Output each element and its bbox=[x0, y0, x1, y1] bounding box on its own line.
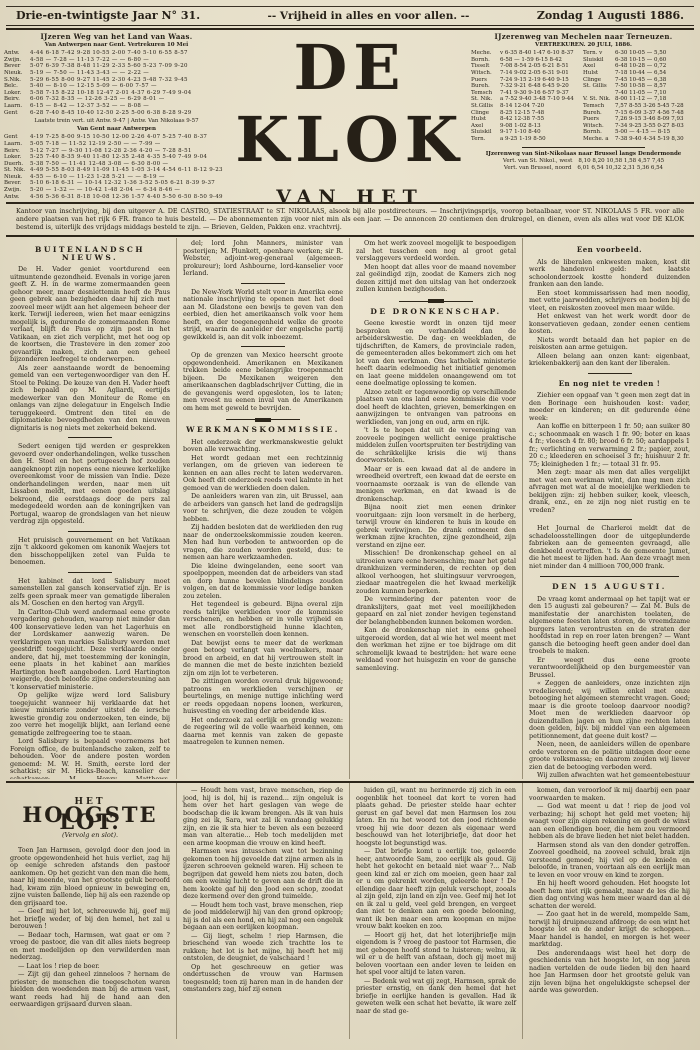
station-name: Beirv. bbox=[4, 148, 30, 155]
station-name: Bever bbox=[4, 63, 30, 70]
station-name: Antw. bbox=[4, 194, 30, 201]
station-name: Tern. v bbox=[583, 50, 613, 57]
departure-times: 7,57 8-55 3-26 5-45 7-28 bbox=[615, 103, 696, 110]
text-block: Toen Jan Harmsen, gevolgd door den jood … bbox=[10, 847, 170, 907]
station-name: Zwijn. bbox=[4, 57, 30, 64]
departure-times: 6,01 6,54 10,32 2,31 5,36 6,54 bbox=[577, 165, 663, 172]
text-block: Op gelijke wijze werd lord Salisbury toe… bbox=[10, 692, 170, 737]
station-name: Temsch bbox=[583, 103, 613, 110]
station-name: Laarn. bbox=[4, 103, 30, 110]
text-block: Het tegendeel is gebeurd. Bijna overal z… bbox=[183, 601, 343, 639]
text-block: De H. Vader geniet voortdurend een uitmu… bbox=[10, 266, 170, 364]
text-block: — Bedenk wel wat gij zegt, Harmsen, spra… bbox=[356, 978, 516, 1016]
departure-times: 4-49 5-55 8-03 8-49 11-09 11-45 1-05 3-1… bbox=[30, 167, 229, 174]
text-block: 't Is te hopen dat uit de vereeniging va… bbox=[356, 427, 516, 465]
timetable-row: Witsch. 7-14 9-02 2-05 6-31 9-01 Hulst 7… bbox=[471, 70, 696, 77]
departure-times: a 7-52 9-40 3-48 7-10 9-44 bbox=[500, 96, 581, 103]
text-block: — Gij liegt, schelm ! riep Harmsen, die … bbox=[183, 933, 343, 963]
text-block: Om het werk zooveel mogelijk te bespoedi… bbox=[356, 240, 516, 263]
text-block: — Zijt gij dan geheel zinneloos ? hernam… bbox=[10, 971, 170, 1009]
news-section: BUITENLANDSCH NIEUWS.De H. Vader geniet … bbox=[4, 238, 696, 779]
station-name: Beirv. bbox=[4, 96, 30, 103]
departure-times: 6-15 — 8-42 — 12-37 3-52 — — 8-08 — bbox=[30, 103, 229, 110]
timetable-row: Meche. v 6-35 8-40 1-47 6-10 8-37 Tern. … bbox=[471, 50, 696, 57]
text-block: Het onderzoek zal eerlijk en grondig wez… bbox=[183, 717, 343, 747]
text-block bbox=[241, 346, 285, 347]
banner: Drie-en-twintigste Jaar N° 31. -- Vrijhe… bbox=[4, 7, 696, 25]
text-block: Kan de dronkenschap niet in eens geheel … bbox=[356, 627, 516, 672]
text-block: Harmsen was intusschen wat tot bezinning… bbox=[183, 848, 343, 901]
station-name: Gent bbox=[4, 134, 30, 141]
news-column-4: Een voorbeeld.Als de liberalen enkwesten… bbox=[523, 238, 696, 779]
text-block: luiden gil, want nu herinnerde zij zich … bbox=[356, 787, 516, 847]
departure-times: 5-00 — 4-15 — 8-15 bbox=[615, 129, 696, 136]
text-block: Het enkwest van het werk wordt door de k… bbox=[529, 313, 690, 336]
feuilleton-section: HETHOOGSTE LOT.(Vervolg en slot).Toen Ja… bbox=[4, 783, 696, 1039]
timetable-row: St. Nik. a 7-52 9-40 3-48 7-10 9-44 V. S… bbox=[471, 96, 696, 103]
timetable-row: Antw. 4-56 5-36 6-31 8-18 10-08 12-36 1-… bbox=[4, 194, 229, 201]
station-name: Sluiskil bbox=[471, 129, 498, 136]
timetable-antwerpen-gent: Antw. 4-44 6-18 7-42 9-28 10-55 2-00 7-4… bbox=[4, 50, 229, 116]
station-name: Bureh. bbox=[583, 110, 613, 117]
text-block: WERKMANSKOMMISSIE. bbox=[183, 426, 343, 434]
text-block: Maar er is een kwaad dat al de andere in… bbox=[356, 466, 516, 504]
text-block bbox=[540, 576, 678, 577]
departure-times: 9-08 1-02 8-13 bbox=[500, 123, 581, 130]
timetable-row: Bever. 5-10 6-18 6-31 — 10-14 12-32 1-36… bbox=[4, 180, 229, 187]
text-block: Harmsen stond als van den donder getroff… bbox=[529, 842, 690, 880]
text-block bbox=[226, 419, 300, 420]
timetable-row: Vert. van St. Nikol., west 8,10 8,20 10,… bbox=[471, 158, 696, 165]
departure-times: 5-19 — 7-50 — 11-43 3-43 — — 2-22 — bbox=[30, 70, 229, 77]
station-name: Meche. bbox=[471, 50, 498, 57]
station-name: S.Nik. bbox=[4, 77, 30, 84]
station-name: St.Gillis bbox=[471, 103, 498, 110]
timetable-row: Antw. 4-44 6-18 7-42 9-28 10-55 2-00 7-4… bbox=[4, 50, 229, 57]
text-block: Alleen belang aan onzen kant: eigenbaat,… bbox=[529, 353, 690, 368]
timetable-row: Sluiskil 9-17 1-10 8-40 Bornh. 5-00 — 4-… bbox=[471, 129, 696, 136]
text-block: Dat bewijst eens te meer dat de werkman … bbox=[183, 640, 343, 678]
newspaper-title: DE KLOK bbox=[229, 32, 471, 176]
departure-times: 8,10 8,20 10,58 1,58 4,57 7,45 bbox=[578, 158, 664, 165]
text-block: Geene kwestie wordt in onzen tijd meer b… bbox=[356, 320, 516, 388]
station-name: Nieuk. bbox=[4, 70, 30, 77]
station-name: Hulst bbox=[471, 116, 498, 123]
timetable-row: Vert. van Brussel, noord 6,01 6,54 10,32… bbox=[471, 165, 696, 172]
text-block: Neen, neen, de aanleiders willen de open… bbox=[529, 741, 690, 771]
text-block: — Hoort gij het, dat het loterijbriefje … bbox=[356, 932, 516, 977]
station-name: Loker. bbox=[4, 154, 30, 161]
timetable-row: Gent 6-28 7-40 8-45 10-40 12-50 2-25 5-0… bbox=[4, 110, 229, 117]
timetable-brussels: Vert. van St. Nikol., west 8,10 8,20 10,… bbox=[471, 158, 696, 171]
text-block: Bijna nooit ziet men eenen drinker vooru… bbox=[356, 504, 516, 549]
timetable-row: Loker. 5-25 7-40 8-35 9-40 11-80 12-35 2… bbox=[4, 154, 229, 161]
station-name bbox=[583, 90, 613, 97]
station-name: Clinge bbox=[583, 77, 613, 84]
text-block: Als zeer aanstaande wordt de benoeming g… bbox=[10, 365, 170, 433]
text-block: Ziehier een opgaaf van 't geen men zegt … bbox=[529, 392, 690, 422]
text-block: Als de liberalen enkwesten maken, kost d… bbox=[529, 259, 690, 289]
text-block: — God wat meent u dat ! riep de jood vol… bbox=[529, 803, 690, 841]
departure-times: 7-15 6-09 3-37 4-56 7-48 bbox=[615, 110, 696, 117]
station-name: Nieuk. bbox=[4, 174, 30, 181]
text-block bbox=[588, 373, 632, 374]
departure-times: 5-58 7-15 8-22 10-18 12-47 2-01 4-37 6-2… bbox=[30, 90, 229, 97]
text-block: Een stoet kommissarissen had men noodig,… bbox=[529, 290, 690, 313]
station-name: Axel bbox=[583, 63, 613, 70]
text-block bbox=[68, 437, 112, 438]
timetable-row: St.Gillis 8-14 12-04 7-20 Temsch 7,57 8-… bbox=[471, 103, 696, 110]
text-block: Het pruisisch gouvernement en het Vatika… bbox=[10, 537, 170, 567]
departure-times: 8-00 11-12 — 7,18 bbox=[615, 96, 696, 103]
feuilleton-column-3: luiden gil, want nu herinnerde zij zich … bbox=[350, 783, 523, 1039]
timetable-row: Belc. 5-40 — 8-10 — 12-15 5-09 — 6-00 7-… bbox=[4, 83, 229, 90]
departure-times: 7-32 9-21 6-48 6-45 9-20 bbox=[500, 83, 581, 90]
departure-times: 4-19 7-25 8-00 9-15 10-50 12-00 2-26 4-0… bbox=[30, 134, 229, 141]
feuilleton-column-2: — Houdt hem vast, brave menschen, riep d… bbox=[177, 783, 350, 1039]
text-block bbox=[68, 572, 112, 573]
text-block: — Geef mij het lot, schreeuwde hij, geef… bbox=[10, 908, 170, 931]
station-name: Loker. bbox=[4, 90, 30, 97]
text-block: del; lord John Manners, minister van pos… bbox=[183, 240, 343, 278]
right-schedule-subtitle: VERTREKUREN. 20 JULI, 1886. bbox=[471, 42, 696, 49]
feuilleton-column-1: HETHOOGSTE LOT.(Vervolg en slot).Toen Ja… bbox=[4, 783, 177, 1039]
station-name: Bever. bbox=[4, 180, 30, 187]
text-block: Op de grenzen van Mexico heerscht groote… bbox=[183, 352, 343, 412]
text-block: komen, dan veroorloof ik mij daarbij een… bbox=[529, 787, 690, 802]
departure-times: 7-50 10-58 — 8,57 bbox=[615, 83, 696, 90]
departure-times: 5-29 6-55 8-00 9-27 11-45 2-30 4-23 5-48… bbox=[30, 77, 229, 84]
timetable-row: Beirv. 6-06 7-32 8-35 — 12-26 3-25 — 6-2… bbox=[4, 96, 229, 103]
timetable-row: Axel 9-08 1-02 8-13 Witsch. 7-34 9-25 3-… bbox=[471, 123, 696, 130]
text-block: De vraag komt andermaal op het tapijt wa… bbox=[529, 596, 690, 656]
timetable-row: Gent 4-19 7-25 8-00 9-15 10-50 12-00 2-2… bbox=[4, 134, 229, 141]
text-block: Het wordt gedaan met een rechtzinnig ver… bbox=[183, 455, 343, 493]
departure-times: 7-41 9-30 9-16 6-57 9-37 bbox=[500, 90, 581, 97]
left-schedule-subtitle-2: Van Gent naar Antwerpen bbox=[4, 126, 229, 133]
text-block: Er weegt dus eene groote verantwoordelij… bbox=[529, 657, 690, 680]
text-block: Zij hadden besloten dat de werklieden de… bbox=[183, 524, 343, 562]
departure-times: 7-14 9-02 2-05 6-31 9-01 bbox=[500, 70, 581, 77]
timetable-row: Tisselt 7-08 8-54 2-05 6-21 8-51 Axel 6-… bbox=[471, 63, 696, 70]
station-name: Sluiskil bbox=[583, 57, 613, 64]
departure-times: 5-10 6-18 6-31 — 10-14 12-32 1-36 3-52 5… bbox=[30, 180, 229, 187]
departure-times: 5-40 — 8-10 — 12-15 5-09 — 6-00 7-57 — bbox=[30, 83, 229, 90]
station-name: Tern. bbox=[471, 136, 498, 143]
text-block: Niets wordt betaald dan het papier en de… bbox=[529, 337, 690, 352]
station-name: St. Nik. bbox=[471, 96, 498, 103]
timetable-row: Duerh. 5-38 7-50 — 11-41 12-48 3-08 — 6-… bbox=[4, 161, 229, 168]
timetable-row: Hulst 8-42 12-38 7-55 Puers 7,26 9-15 3-… bbox=[471, 116, 696, 123]
station-name: Bureh. bbox=[471, 83, 498, 90]
text-block: Men hoopt dat alles voor de maand novemb… bbox=[356, 264, 516, 294]
text-block: Het onderzoek der werkmanskwestie gelukt… bbox=[183, 439, 343, 454]
text-block: Misschien! De dronkenschap geheel en al … bbox=[356, 550, 516, 595]
text-block: Aan koffie en bitterpeen 1 fr. 50; aan s… bbox=[529, 423, 690, 468]
station-name: Zwijn. bbox=[4, 187, 30, 194]
departure-times: 6-58 — 1-59 6-15 8-42 bbox=[500, 57, 581, 64]
text-block: Sedert eenigen tijd werden er gesprekken… bbox=[10, 443, 170, 526]
right-train-schedule: IJzerenweg van Mechelen naar Terneuzen. … bbox=[471, 30, 696, 202]
text-block: En hij heeft woord gehouden. Het hoogste… bbox=[529, 880, 690, 910]
text-block: BUITENLANDSCH NIEUWS. bbox=[10, 246, 170, 261]
departure-times: 8-25 12-15 7-48 bbox=[500, 110, 581, 117]
station-name: Bornh. bbox=[583, 129, 613, 136]
text-block bbox=[588, 519, 632, 520]
timetable-row: Clinge 8-25 12-15 7-48 Bureh. 7-15 6-09 … bbox=[471, 110, 696, 117]
timetable-row: Tern. a 9-25 1-19 8-50 Meche. a 7-38 9-4… bbox=[471, 136, 696, 143]
departure-times: 7-38 9-40 4-34 5-19 8,30 bbox=[615, 136, 696, 143]
departure-times: 5-38 7-50 — 11-41 12-48 3-08 — 6-30 8-00… bbox=[30, 161, 229, 168]
departure-times: 6-28 7-40 8-45 10-40 12-50 2-25 5-00 6-3… bbox=[30, 110, 229, 117]
departure-times: a 9-25 1-19 8-50 bbox=[500, 136, 581, 143]
text-block: (Vervolg en slot). bbox=[10, 832, 170, 840]
departure-times: 7-45 10-45 — 6,38 bbox=[615, 77, 696, 84]
text-block: Des anderendaags wist heel het dorp de g… bbox=[529, 950, 690, 995]
timetable-row: Nieuk. 5-19 — 7-50 — 11-43 3-43 — — 2-22… bbox=[4, 70, 229, 77]
text-block: « Zeggen de aanleiders, onze inzichten z… bbox=[529, 680, 690, 740]
text-block bbox=[399, 301, 473, 302]
timetable-row: Beirv. 5-12 7-27 — 9-30 11-08 12-28 2-36… bbox=[4, 148, 229, 155]
right-schedule-title: IJzerenweg van Mechelen naar Terneuzen. bbox=[471, 34, 696, 41]
text-block: — Houdt hem toch vast, brave menschen, r… bbox=[183, 902, 343, 932]
timetable-row: Bureh. 7-32 9-21 6-48 6-45 9-20 St. Gill… bbox=[471, 83, 696, 90]
subscription-notice: Kantoor van inschrijving, bij den uitgev… bbox=[6, 202, 694, 237]
schedule-divider bbox=[522, 147, 646, 148]
news-column-1: BUITENLANDSCH NIEUWS.De H. Vader geniet … bbox=[4, 238, 177, 779]
station-name: Belc. bbox=[4, 83, 30, 90]
timetable-row: Laarn. 6-15 — 8-42 — 12-37 3-52 — — 8-08… bbox=[4, 103, 229, 110]
departure-times: 7-40 11-05 — 7,10 bbox=[615, 90, 696, 97]
departure-times: 8-42 12-38 7-55 bbox=[500, 116, 581, 123]
station-name: V. St. Nik. bbox=[583, 96, 613, 103]
departure-times: 5-25 7-40 8-35 9-40 11-80 12-35 2-48 4-3… bbox=[30, 154, 229, 161]
text-block: Wij zullen afwachten wat het gemeentebes… bbox=[529, 772, 690, 779]
station-name: Duerh. bbox=[4, 161, 30, 168]
departure-times: 6-48 10-28 — 0,72 bbox=[615, 63, 696, 70]
text-block: En nog niet te vreden ! bbox=[529, 380, 690, 388]
feuilleton-column-4: komen, dan veroorloof ik mij daarbij een… bbox=[523, 783, 696, 1039]
timetable-mechelen-terneuzen: Meche. v 6-35 8-40 1-47 6-10 8-37 Tern. … bbox=[471, 50, 696, 142]
text-block: Men zegt: maar als men dat alles vergeli… bbox=[529, 469, 690, 514]
left-schedule-subtitle-1: Van Antwerpen naar Gent. Vertrekuren 10 … bbox=[4, 42, 229, 49]
text-block: Het Journal de Charleroi meldt dat de sc… bbox=[529, 525, 690, 570]
timetable-row: Puers 7-24 9-15 2-19 6-40 9-15 Clinge 7-… bbox=[471, 77, 696, 84]
departure-times: 5-07 6-39 7-38 8-48 11-29 2-33 5-60 5-23… bbox=[30, 63, 229, 70]
station-name: Laarn. bbox=[4, 141, 30, 148]
station-name: Temsch bbox=[471, 90, 498, 97]
station-name: Witsch. bbox=[583, 123, 613, 130]
text-block: De zittingen worden overal druk bijgewoo… bbox=[183, 678, 343, 716]
text-block: De vermindering der patenten voor de dra… bbox=[356, 596, 516, 626]
timetable-row: S.Nik. 5-29 6-55 8-00 9-27 11-45 2-30 4-… bbox=[4, 77, 229, 84]
text-block: DE DRONKENSCHAP. bbox=[356, 308, 516, 316]
text-block: — Bedaar toch, Harmsen, wat gaat er om ?… bbox=[10, 932, 170, 962]
text-block: Lord Salisbury is bepaald voornemens het… bbox=[10, 738, 170, 779]
motto: -- Vrijheid in alles en voor allen. -- bbox=[268, 10, 470, 22]
departure-times: 8-14 12-04 7-20 bbox=[500, 103, 581, 110]
left-schedule-title: IJzeren Weg van het Land van Waas. bbox=[4, 34, 229, 41]
timetable-row: Laarn. 5-05 7-18 — 11-52 12-19 2-50 — — … bbox=[4, 141, 229, 148]
text-block: — Houdt hem vast, brave menschen, riep d… bbox=[183, 787, 343, 847]
departure-times: 7-24 9-15 2-19 6-40 9-15 bbox=[500, 77, 581, 84]
station-name: Clinge bbox=[471, 110, 498, 117]
text-block: De New-York World stelt voor in Amerika … bbox=[183, 289, 343, 342]
issue-date: Zondag 1 Augusti 1886. bbox=[537, 9, 684, 22]
text-block: — Zoo gaat het in de wereld, mompelde Sa… bbox=[529, 911, 690, 949]
station-name: Puers bbox=[471, 77, 498, 84]
timetable-row: Zwijn. 4-58 — 7-28 — 11-13 7-22 — — 6-80… bbox=[4, 57, 229, 64]
timetable-row: Temsch 7-41 9-30 9-16 6-57 9-37 7-40 11-… bbox=[471, 90, 696, 97]
text-block: Het kabinet dat lord Salisbury moet same… bbox=[10, 578, 170, 608]
station-name: Tisselt bbox=[471, 63, 498, 70]
timetable-row: Zwijn. 5-20 — 1-32 — — 10-42 1-48 2-04 —… bbox=[4, 187, 229, 194]
route-label: Vert. van St. Nikol., west bbox=[503, 158, 572, 165]
text-block: Die kleine dwingelanden, eene soort van … bbox=[183, 563, 343, 601]
departure-times: 4-58 — 7-28 — 11-13 7-22 — — 6-80 — bbox=[30, 57, 229, 64]
text-block: De aanleiders waren van zin, uit Brussel… bbox=[183, 493, 343, 523]
text-block: HOOGSTE LOT. bbox=[10, 811, 170, 826]
departure-times: 6-38 10-15 — 0,60 bbox=[615, 57, 696, 64]
text-block bbox=[241, 283, 285, 284]
newspaper-subtitle: VAN HET LAND VAN WAAS. bbox=[229, 186, 471, 202]
text-block: DEN 15 AUGUSTI. bbox=[529, 583, 690, 591]
departure-times: 7-08 8-54 2-05 6-21 8-51 bbox=[500, 63, 581, 70]
departure-times: 6-06 7-32 8-35 — 12-26 3-25 — 6-29 8-01 … bbox=[30, 96, 229, 103]
departure-times: 4-44 6-18 7-42 9-28 10-55 2-00 7-40 5-10… bbox=[30, 50, 229, 57]
issue-number: Drie-en-twintigste Jaar N° 31. bbox=[16, 9, 200, 22]
newspaper-page: Drie-en-twintigste Jaar N° 31. -- Vrijhe… bbox=[0, 0, 700, 1050]
station-name: St. Nik. bbox=[4, 167, 30, 174]
departure-times: 5-20 — 1-32 — — 10-42 1-48 2-04 — 6-34 8… bbox=[30, 187, 229, 194]
route-label: Vert. van Brussel, noord bbox=[504, 165, 571, 172]
timetable-row: Bornh. 6-58 — 1-59 6-15 8-42 Sluiskil 6-… bbox=[471, 57, 696, 64]
timetable-row: Nieuk. 4-55 — 6-10 — 11-23 1-28 5-21 — —… bbox=[4, 174, 229, 181]
masthead: IJzeren Weg van het Land van Waas. Van A… bbox=[4, 30, 696, 202]
station-name: Witsch. bbox=[471, 70, 498, 77]
station-name: Hulst bbox=[583, 70, 613, 77]
timetable-row: Bever 5-07 6-39 7-38 8-48 11-29 2-33 5-6… bbox=[4, 63, 229, 70]
station-name: St. Gillis bbox=[583, 83, 613, 90]
departure-times: 5-05 7-18 — 11-52 12-19 2-50 — — 7-99 — bbox=[30, 141, 229, 148]
news-column-2: del; lord John Manners, minister van pos… bbox=[177, 238, 350, 779]
masthead-center: DE KLOK VAN HET LAND VAN WAAS. WEEKBLAD … bbox=[229, 30, 471, 202]
news-column-3: Om het werk zooveel mogelijk te bespoedi… bbox=[350, 238, 523, 779]
departure-times: v 6-35 8-40 1-47 6-10 8-37 bbox=[500, 50, 581, 57]
text-block bbox=[68, 531, 112, 532]
station-name: Antw. bbox=[4, 50, 30, 57]
last-train-note: Laatste trein vert. uit Antw. 9-47 | Ant… bbox=[4, 118, 229, 125]
departure-times: 4-56 5-36 6-31 8-18 10-08 12-36 1-57 4-4… bbox=[30, 194, 229, 201]
departure-times: 6-30 10-05 — 5,50 bbox=[615, 50, 696, 57]
station-name: Gent bbox=[4, 110, 30, 117]
timetable-row: St. Nik. 4-49 5-55 8-03 8-49 11-09 11-45… bbox=[4, 167, 229, 174]
timetable-gent-antwerpen: Gent 4-19 7-25 8-00 9-15 10-50 12-00 2-2… bbox=[4, 134, 229, 200]
departure-times: 5-12 7-27 — 9-30 11-08 12-28 2-36 4-20 —… bbox=[30, 148, 229, 155]
departure-times: 7,26 9-15 3-46 8-09 7,93 bbox=[615, 116, 696, 123]
brussels-line-title: IJzerenweg van Sint-Nikolaas naar Brusse… bbox=[471, 151, 696, 158]
text-block: — Laat los ! riep de boer. bbox=[10, 963, 170, 971]
text-block: Een voorbeeld. bbox=[529, 246, 690, 254]
text-block: Op het geschreeuw en getier was ondertus… bbox=[183, 964, 343, 994]
left-train-schedule: IJzeren Weg van het Land van Waas. Van A… bbox=[4, 30, 229, 202]
departure-times: 4-55 — 6-10 — 11-23 1-28 5-21 — — 8-19 — bbox=[30, 174, 229, 181]
departure-times: 7-18 10-44 — 6,54 bbox=[615, 70, 696, 77]
departure-times: 7-34 9-25 3-55 0-27 8-03 bbox=[615, 123, 696, 130]
station-name: Bornh. bbox=[471, 57, 498, 64]
station-name: Axel bbox=[471, 123, 498, 130]
timetable-row: Loker. 5-58 7-15 8-22 10-18 12-47 2-01 4… bbox=[4, 90, 229, 97]
station-name: Puers bbox=[583, 116, 613, 123]
station-name: Meche. a bbox=[583, 136, 613, 143]
text-block: — Dat briefje komt u eerlijk toe, geleer… bbox=[356, 848, 516, 931]
departure-times: 9-17 1-10 8-40 bbox=[500, 129, 581, 136]
text-block: In Carlton-Club werd andermaal eene groo… bbox=[10, 609, 170, 692]
text-block: Alzoo zetelt er tegenwoordig op verschil… bbox=[356, 389, 516, 427]
